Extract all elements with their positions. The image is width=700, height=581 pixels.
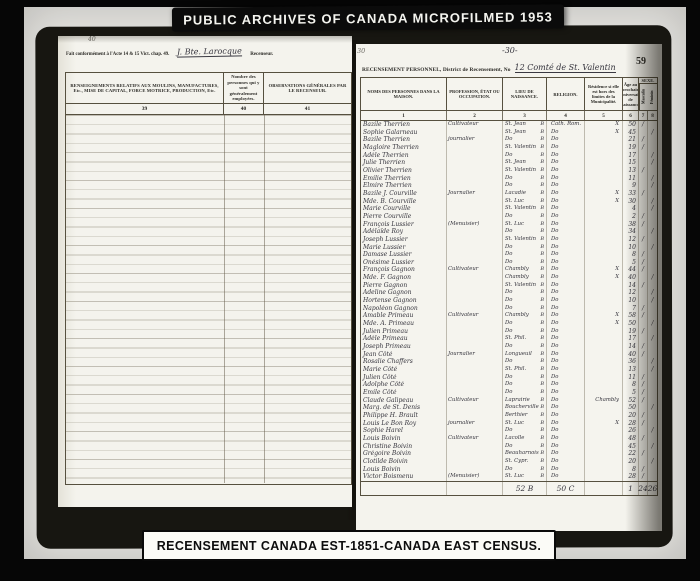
sex-female-tick — [648, 412, 657, 420]
birthplace: St. LucB — [503, 420, 547, 428]
film-frame: 40 Fait conformément à l'Acte 14 & 15 Vi… — [0, 0, 700, 581]
residence-mark — [585, 213, 623, 221]
person-name: Julie Therrien — [361, 159, 447, 167]
act-line: Fait conformément à l'Acte 14 & 15 Vict.… — [66, 45, 346, 57]
residence-mark — [585, 175, 623, 183]
sex-male-tick: / — [639, 420, 648, 428]
birthplace: DoB — [503, 175, 547, 183]
person-name: Claude Galipeau — [361, 397, 447, 405]
religion: Do — [547, 282, 585, 290]
residence-mark — [585, 412, 623, 420]
sex-female-tick: / — [648, 152, 657, 160]
sex-male-tick — [639, 443, 648, 451]
top-banner: PUBLIC ARCHIVES OF CANADA MICROFILMED 19… — [172, 4, 564, 31]
sex-female-tick: / — [648, 458, 657, 466]
profession — [447, 335, 503, 343]
birthplace: DoB — [503, 381, 547, 389]
totals-blank — [585, 482, 623, 495]
sex-male-tick: / — [639, 412, 648, 420]
birthplace: St. Phil.B — [503, 366, 547, 374]
religion: Do — [547, 358, 585, 366]
census-row: Marie LussierDoBDo10/ — [361, 244, 657, 252]
person-name: Mde. B. Courville — [361, 198, 447, 206]
religion: Do — [547, 312, 585, 320]
sex-female-tick — [648, 259, 657, 267]
act-citation: Fait conformément à l'Acte 14 & 15 Vict.… — [66, 52, 169, 57]
birthplace: St. Phil.B — [503, 335, 547, 343]
profession — [447, 182, 503, 190]
sex-female-tick: / — [648, 175, 657, 183]
census-row: Jean CôtéJournalierLongueuilBDo40/ — [361, 351, 657, 359]
sex-male-tick — [639, 129, 648, 137]
sex-female-tick: / — [648, 244, 657, 252]
sex-male-tick: / — [639, 450, 648, 458]
profession — [447, 259, 503, 267]
sex-male-tick — [639, 274, 648, 282]
sex-female-tick: / — [648, 289, 657, 297]
residence-mark — [585, 244, 623, 252]
profession — [447, 466, 503, 474]
age: 45 — [623, 129, 639, 137]
profession — [447, 274, 503, 282]
col-mills-header: RENSEIGNEMENTS RELATIFS AUX MOULINS, MAN… — [66, 73, 224, 103]
birthplace: St. LucB — [503, 221, 547, 229]
sex-male-tick — [639, 366, 648, 374]
birthplace: DoB — [503, 389, 547, 397]
religion: Cath. Rom. — [547, 121, 585, 129]
mills-column-numbers: 39 40 41 — [66, 104, 351, 115]
religion: Do — [547, 328, 585, 336]
sex-female-tick: / — [648, 366, 657, 374]
sex-female-tick — [648, 167, 657, 175]
census-title-line: RECENSEMENT PERSONNEL, District de Recen… — [362, 63, 658, 73]
residence-mark: Chambly — [585, 397, 623, 405]
religion: Do — [547, 266, 585, 274]
profession — [447, 412, 503, 420]
census-row: Sophie HarelDoBDo26/ — [361, 427, 657, 435]
person-name: Bazile Therrien — [361, 136, 447, 144]
sex-male-tick: / — [639, 312, 648, 320]
profession — [447, 374, 503, 382]
religion: Do — [547, 450, 585, 458]
person-name: Jean Côté — [361, 351, 447, 359]
profession — [447, 244, 503, 252]
residence-mark — [585, 259, 623, 267]
residence-mark — [585, 328, 623, 336]
profession — [447, 289, 503, 297]
age: 10 — [623, 244, 639, 252]
census-row: Adeline GagnonDoBDo12/ — [361, 289, 657, 297]
person-name: Adèle Primeau — [361, 335, 447, 343]
census-row: Pierre GagnonSt. ValentinBDo14/ — [361, 282, 657, 290]
residence-mark — [585, 159, 623, 167]
sex-male-tick — [639, 228, 648, 236]
census-row: Bazile TherrienjournalierDoBDo21/ — [361, 136, 657, 144]
census-row: Clotilde BoivinSt. Cypr.BDo20/ — [361, 458, 657, 466]
census-row: Mde. F. GagnonChamblyBDoX40/ — [361, 274, 657, 282]
sex-female-tick — [648, 266, 657, 274]
age: 17 — [623, 152, 639, 160]
sex-male-tick: / — [639, 167, 648, 175]
sex-male-tick — [639, 244, 648, 252]
religion: Do — [547, 244, 585, 252]
religion: Do — [547, 228, 585, 236]
residence-mark — [585, 358, 623, 366]
birthplace: DoB — [503, 182, 547, 190]
residence-mark — [585, 236, 623, 244]
sex-female-tick: / — [648, 297, 657, 305]
sex-female-tick: / — [648, 320, 657, 328]
sex-male-tick: / — [639, 389, 648, 397]
sex-female-tick — [648, 312, 657, 320]
religion: Do — [547, 144, 585, 152]
birthplace: ChamblyB — [503, 312, 547, 320]
sex-male-tick — [639, 152, 648, 160]
person-name: Joseph Primeau — [361, 343, 447, 351]
sex-male-tick: / — [639, 251, 648, 259]
person-name: Marie Côté — [361, 366, 447, 374]
sex-female-tick — [648, 328, 657, 336]
sex-male-label: Masculin — [639, 84, 648, 110]
profession — [447, 213, 503, 221]
census-district-handwritten: 12 Comté de St. Valentin — [515, 63, 616, 73]
birthplace: DoB — [503, 328, 547, 336]
person-name: Sophie Galarneau — [361, 129, 447, 137]
birthplace: DoB — [503, 374, 547, 382]
residence-mark — [585, 136, 623, 144]
column-divider — [224, 115, 225, 483]
mills-table-body — [66, 115, 351, 483]
age: 30 — [623, 198, 639, 206]
residence-mark — [585, 404, 623, 412]
birthplace: DoB — [503, 320, 547, 328]
person-name: Marg. de St. Denis — [361, 404, 447, 412]
religion: Do — [547, 435, 585, 443]
totals-female: 26 — [648, 482, 657, 495]
religion: Do — [547, 198, 585, 206]
person-name: Elmire Therrien — [361, 182, 447, 190]
age: 9 — [623, 182, 639, 190]
age: 20 — [623, 458, 639, 466]
census-row: Victor Boismenu(Menuisier)St. LucBDo28/ — [361, 473, 657, 481]
birthplace: DoB — [503, 244, 547, 252]
census-row: Louis BoivinDoBDo8/ — [361, 466, 657, 474]
age: 40 — [623, 274, 639, 282]
sex-male-tick: / — [639, 221, 648, 229]
religion: Do — [547, 221, 585, 229]
age: 19 — [623, 144, 639, 152]
birthplace: LacadieB — [503, 190, 547, 198]
col-religion-header: RELIGION. — [547, 78, 585, 110]
residence-mark — [585, 144, 623, 152]
profession — [447, 198, 503, 206]
religion: Do — [547, 343, 585, 351]
person-name: Rosalie Chaffers — [361, 358, 447, 366]
sex-male-tick: / — [639, 259, 648, 267]
birthplace: DoB — [503, 297, 547, 305]
mills-observations-table: RENSEIGNEMENTS RELATIFS AUX MOULINS, MAN… — [65, 72, 352, 485]
sex-female-tick: / — [648, 228, 657, 236]
age: 8 — [623, 466, 639, 474]
birthplace: LongueuilB — [503, 351, 547, 359]
birthplace: LaprairieB — [503, 397, 547, 405]
profession — [447, 320, 503, 328]
census-row: Emile CôtéDoBDo5/ — [361, 389, 657, 397]
birthplace: DoB — [503, 343, 547, 351]
col-observations-header: OBSERVATIONS GÉNÉRALES PAR LE RECENSEUR. — [264, 73, 351, 103]
birthplace: St. JeanB — [503, 159, 547, 167]
census-row: Napoléon GagnonDoBDo7/ — [361, 305, 657, 313]
age: 36 — [623, 358, 639, 366]
age: 45 — [623, 443, 639, 451]
sex-female-tick — [648, 374, 657, 382]
profession — [447, 236, 503, 244]
birthplace: ChamblyB — [503, 274, 547, 282]
sex-female-tick — [648, 351, 657, 359]
religion: Do — [547, 443, 585, 451]
age: 5 — [623, 389, 639, 397]
birthplace: DoB — [503, 213, 547, 221]
census-row: Mde. B. CourvilleSt. LucBDoX30/ — [361, 198, 657, 206]
person-name: Napoléon Gagnon — [361, 305, 447, 313]
profession: Journalier — [447, 190, 503, 198]
sex-female-tick — [648, 343, 657, 351]
sex-female-tick — [648, 389, 657, 397]
col-profession-header: PROFESSION, ÉTAT OU OCCUPATION. — [447, 78, 503, 110]
sex-male-tick — [639, 358, 648, 366]
mills-table-header: RENSEIGNEMENTS RELATIFS AUX MOULINS, MAN… — [66, 73, 351, 104]
religion: Do — [547, 427, 585, 435]
residence-mark — [585, 221, 623, 229]
sex-male-tick: / — [639, 282, 648, 290]
census-table-header: NOMS DES PERSONNES DANS LA MAISON. PROFE… — [361, 78, 657, 111]
profession — [447, 366, 503, 374]
census-row: Adèle TherrienDoBDo17/ — [361, 152, 657, 160]
residence-mark — [585, 251, 623, 259]
profession: Cultivateur — [447, 121, 503, 129]
person-name: Adolphe Côté — [361, 381, 447, 389]
religion: Do — [547, 397, 585, 405]
column-divider — [264, 115, 265, 483]
person-name: Philippe H. Brault — [361, 412, 447, 420]
totals-age-mark: 1 — [623, 482, 639, 495]
profession — [447, 381, 503, 389]
sex-male-tick: / — [639, 374, 648, 382]
census-row: Julie TherrienSt. JeanBDo15/ — [361, 159, 657, 167]
residence-mark: X — [585, 190, 623, 198]
person-name: Pierre Courville — [361, 213, 447, 221]
age: 33 — [623, 190, 639, 198]
census-row: Damase LussierDoBDo8/ — [361, 251, 657, 259]
census-row: Elmire TherrienDoBDo9/ — [361, 182, 657, 190]
profession — [447, 205, 503, 213]
profession: journalier — [447, 420, 503, 428]
census-row: Bazile TherrienCultivateurSt. JeanBCath.… — [361, 121, 657, 129]
birthplace: St. ValentinB — [503, 282, 547, 290]
residence-mark: X — [585, 266, 623, 274]
sex-male-tick: / — [639, 381, 648, 389]
residence-mark — [585, 282, 623, 290]
person-name: Magloire Therrien — [361, 144, 447, 152]
religion: Do — [547, 297, 585, 305]
enumerator-signature: J. Bte. Larocque — [177, 46, 242, 57]
birthplace: DoB — [503, 443, 547, 451]
profession — [447, 389, 503, 397]
religion: Do — [547, 152, 585, 160]
person-name: Julien Côté — [361, 374, 447, 382]
age: 50 — [623, 320, 639, 328]
residence-mark — [585, 443, 623, 451]
residence-mark: X — [585, 312, 623, 320]
religion: Do — [547, 167, 585, 175]
sex-male-tick — [639, 198, 648, 206]
religion: Do — [547, 213, 585, 221]
sex-female-tick: / — [648, 443, 657, 451]
person-name: Julien Primeau — [361, 328, 447, 336]
residence-mark — [585, 343, 623, 351]
religion: Do — [547, 412, 585, 420]
census-row: Louis Le Bon RoyjournalierSt. LucBDoX28/ — [361, 420, 657, 428]
person-name: Louis Le Bon Roy — [361, 420, 447, 428]
sex-female-tick — [648, 381, 657, 389]
residence-mark — [585, 389, 623, 397]
birthplace: St. LucB — [503, 198, 547, 206]
left-page: 40 Fait conformément à l'Acte 14 & 15 Vi… — [58, 36, 352, 507]
religion: Do — [547, 205, 585, 213]
age: 8 — [623, 251, 639, 259]
sex-female-tick — [648, 221, 657, 229]
person-name: Victor Boismenu — [361, 473, 447, 481]
person-name: Bazile J. Courville — [361, 190, 447, 198]
birthplace: DoB — [503, 427, 547, 435]
residence-mark — [585, 427, 623, 435]
residence-mark — [585, 335, 623, 343]
age: 2 — [623, 213, 639, 221]
profession: Journalier — [447, 351, 503, 359]
birthplace: BouchervilleB — [503, 404, 547, 412]
profession: journalier — [447, 136, 503, 144]
sex-male-tick — [639, 289, 648, 297]
residence-mark — [585, 205, 623, 213]
age: 7 — [623, 305, 639, 313]
sex-male-tick: / — [639, 435, 648, 443]
birthplace: St. Cypr.B — [503, 458, 547, 466]
residence-mark — [585, 297, 623, 305]
residence-mark: X — [585, 274, 623, 282]
census-row: Onésime LussierDoBDo5/ — [361, 259, 657, 267]
profession — [447, 251, 503, 259]
census-row: François Lussier(Menuisier)St. LucBDo38/ — [361, 221, 657, 229]
religion: Do — [547, 473, 585, 481]
sex-female-tick — [648, 473, 657, 481]
sex-male-tick — [639, 175, 648, 183]
person-name: François Lussier — [361, 221, 447, 229]
residence-mark — [585, 450, 623, 458]
profession: Cultivateur — [447, 312, 503, 320]
profession: Cultivateur — [447, 266, 503, 274]
age: 13 — [623, 167, 639, 175]
folio-annotation-left: 30 — [357, 47, 365, 55]
religion: Do — [547, 289, 585, 297]
residence-mark — [585, 458, 623, 466]
religion: Do — [547, 381, 585, 389]
sex-male-tick: / — [639, 343, 648, 351]
person-name: Emilie Therrien — [361, 175, 447, 183]
profession — [447, 129, 503, 137]
sex-female-tick: / — [648, 358, 657, 366]
sex-female-tick — [648, 251, 657, 259]
sex-male-tick: / — [639, 473, 648, 481]
residence-mark: X — [585, 320, 623, 328]
age: 13 — [623, 366, 639, 374]
census-row: François GagnonCultivateurChamblyBDoX44/ — [361, 266, 657, 274]
sex-female-tick: / — [648, 129, 657, 137]
sex-male-tick — [639, 159, 648, 167]
census-title-printed: RECENSEMENT PERSONNEL, District de Recen… — [362, 67, 511, 73]
sex-female-tick: / — [648, 205, 657, 213]
sex-male-tick: / — [639, 213, 648, 221]
census-row: Julien CôtéDoBDo11/ — [361, 374, 657, 382]
sex-female-tick: / — [648, 404, 657, 412]
census-row: Claude GalipeauCultivateurLaprairieBDoCh… — [361, 397, 657, 405]
religion: Do — [547, 335, 585, 343]
totals-male: 24 — [639, 482, 648, 495]
birthplace: St. JeanB — [503, 129, 547, 137]
col-age-header: Âge au prochain anniversaire de naissanc… — [623, 78, 639, 110]
census-rows: Bazile TherrienCultivateurSt. JeanBCath.… — [361, 121, 657, 481]
person-name: Marie Lussier — [361, 244, 447, 252]
birthplace: St. ValentinB — [503, 205, 547, 213]
sex-male-tick: / — [639, 266, 648, 274]
profession — [447, 297, 503, 305]
census-row: Hortense GagnonDoBDo10/ — [361, 297, 657, 305]
age: 17 — [623, 335, 639, 343]
census-row: Adolphe CôtéDoBDo8/ — [361, 381, 657, 389]
age: 40 — [623, 351, 639, 359]
religion: Do — [547, 175, 585, 183]
census-row: Christine BoivinDoBDo45/ — [361, 443, 657, 451]
sex-female-tick — [648, 236, 657, 244]
person-name: Damase Lussier — [361, 251, 447, 259]
profession: (Menuisier) — [447, 473, 503, 481]
person-name: Amable Primeau — [361, 312, 447, 320]
age: 48 — [623, 435, 639, 443]
profession — [447, 175, 503, 183]
top-banner-text: PUBLIC ARCHIVES OF CANADA MICROFILMED 19… — [183, 9, 553, 27]
age: 28 — [623, 420, 639, 428]
sex-female-tick — [648, 213, 657, 221]
religion: Do — [547, 389, 585, 397]
sex-male-tick: / — [639, 236, 648, 244]
sex-female-label: Féminin — [648, 84, 657, 110]
census-row: Amable PrimeauCultivateurChamblyBDoX58/ — [361, 312, 657, 320]
profession — [447, 228, 503, 236]
residence-mark — [585, 152, 623, 160]
sex-male-tick — [639, 335, 648, 343]
age: 14 — [623, 343, 639, 351]
person-name: Bazile Therrien — [361, 121, 447, 129]
sex-male-tick — [639, 404, 648, 412]
age: 20 — [623, 412, 639, 420]
religion: Do — [547, 374, 585, 382]
bottom-banner-text: RECENSEMENT CANADA EST-1851-CANADA EAST … — [157, 539, 542, 553]
person-name: François Gagnon — [361, 266, 447, 274]
birthplace: St. LucB — [503, 473, 547, 481]
census-column-numbers: 1 2 3 4 5 6 7 8 — [361, 111, 657, 121]
personal-census-table: NOMS DES PERSONNES DANS LA MAISON. PROFE… — [360, 77, 658, 496]
bottom-banner: RECENSEMENT CANADA EST-1851-CANADA EAST … — [142, 530, 556, 561]
religion: Do — [547, 236, 585, 244]
